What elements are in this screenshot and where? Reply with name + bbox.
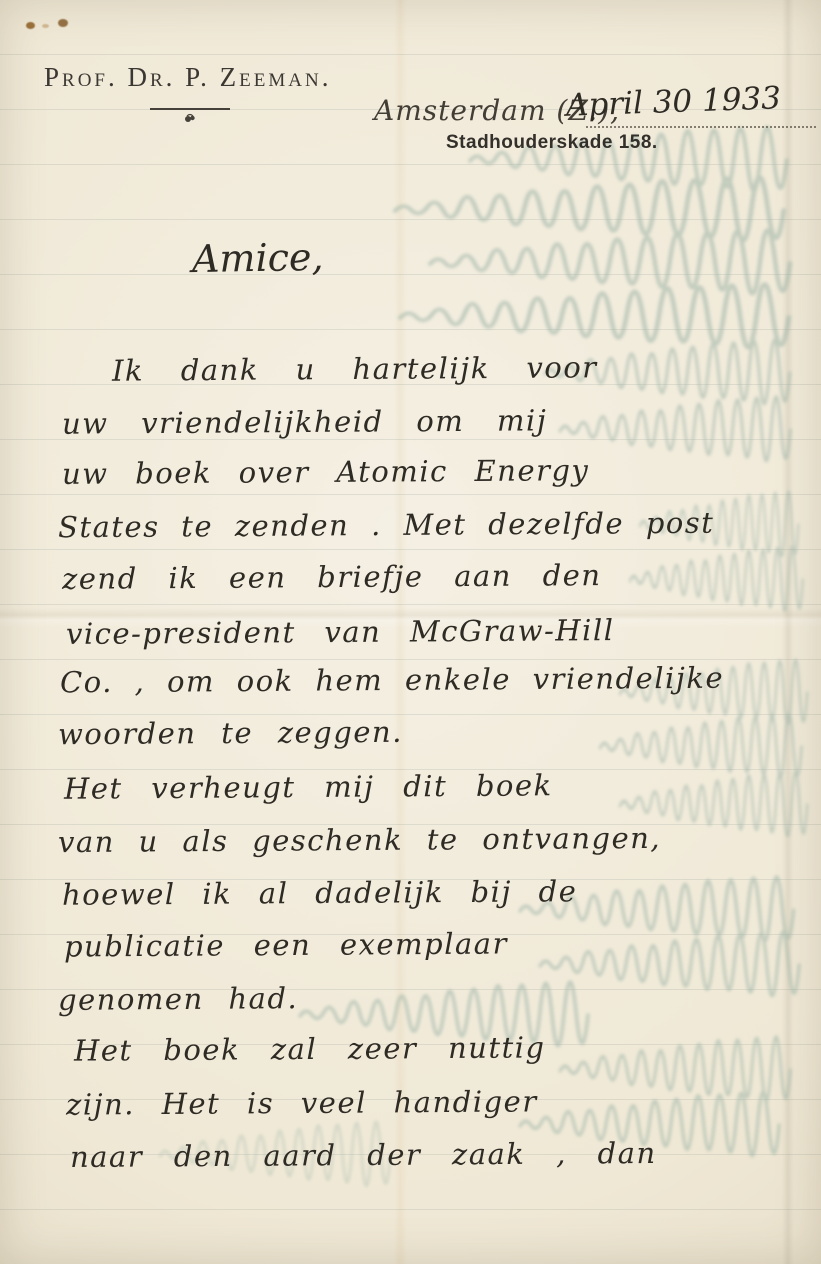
handwritten-line: woorden te zeggen. (58, 715, 403, 751)
rust-stain (58, 19, 68, 27)
handwritten-line: Het boek zal zeer nuttig (74, 1030, 546, 1067)
handwritten-line: Co. , om ook hem enkele vriendelijke (60, 661, 724, 700)
flourish-icon (183, 113, 197, 125)
handwritten-line: uw boek over Atomic Energy (62, 453, 590, 491)
handwritten-line: Ik dank u hartelijk voor (112, 350, 598, 387)
letter-scan-page: Prof. Dr. P. Zeeman. Amsterdam (Z.), Apr… (0, 0, 821, 1264)
rust-stain (26, 22, 35, 29)
salutation: Amice, (192, 235, 324, 281)
rust-stain (42, 24, 49, 28)
handwritten-line: zijn. Het is veel handiger (66, 1084, 538, 1121)
handwritten-line: genomen had. (58, 981, 298, 1017)
letterhead-name: Prof. Dr. P. Zeeman. (44, 62, 331, 93)
handwritten-line: zend ik een briefje aan den (62, 558, 602, 596)
handwritten-line: van u als geschenk te ontvangen, (58, 821, 661, 859)
handwritten-line: Het verheugt mij dit boek (64, 768, 553, 805)
handwritten-line: publicatie een exemplaar (64, 926, 508, 963)
handwritten-line: uw vriendelijkheid om mij (62, 403, 547, 440)
letterhead-address: Stadhouderskade 158. (446, 132, 658, 154)
date-dotted-line (586, 126, 816, 128)
handwritten-line: States te zenden . Met dezelfde post (58, 506, 715, 545)
handwritten-date: April 30 1933 (565, 80, 781, 123)
ornament-divider (150, 108, 230, 110)
handwritten-line: naar den aard der zaak , dan (70, 1136, 657, 1174)
handwritten-line: vice-president van McGraw-Hill (66, 613, 615, 651)
handwritten-line: hoewel ik al dadelijk bij de (62, 874, 578, 912)
